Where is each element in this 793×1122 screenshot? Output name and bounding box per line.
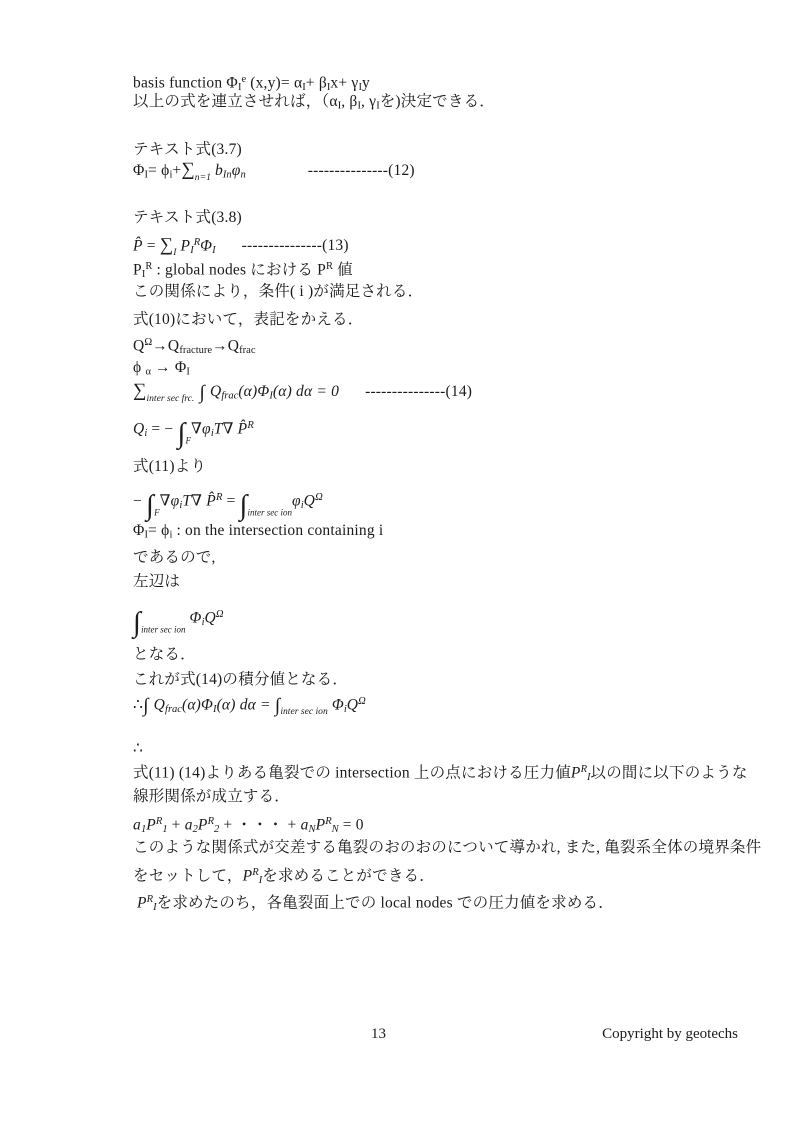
text-run: inter sec ion (141, 625, 185, 635)
text-run: →Q (212, 337, 239, 354)
text-run: P (146, 816, 156, 833)
text-run: = (148, 522, 161, 539)
text-run: ∑ (181, 159, 194, 180)
text-run: ---------------(12) (308, 162, 415, 179)
text-run: Q (205, 609, 216, 626)
line-left-side: 左辺は (133, 570, 180, 594)
text-run: P (243, 867, 253, 884)
text-run: →Q (152, 337, 179, 354)
line-from-eq11: 式(11)より (133, 455, 206, 479)
text-run: Q (210, 383, 221, 400)
text-run: = (148, 162, 161, 179)
text-run: ∫ (239, 489, 247, 521)
text-run: (α) dα = 0 (273, 383, 339, 400)
text-run: ∑ (133, 380, 146, 401)
text-run: inter sec frc. (146, 393, 194, 404)
text-run: In (223, 170, 232, 181)
text-run: N (309, 824, 316, 835)
line-relation-derived: このような関係式が交差する亀裂のおのおのについて導かれ, また, 亀裂系全体の境… (133, 836, 761, 860)
text-run: Φ (226, 74, 238, 91)
text-run: Q (154, 696, 165, 713)
text-run: ∇φ (160, 492, 180, 509)
text-run: Q (133, 420, 144, 437)
text-run: Ω (216, 609, 224, 620)
text-run: Q (133, 337, 144, 354)
text-run: = 0 (339, 816, 364, 833)
text-run: frac (221, 391, 238, 402)
text-run: frac (239, 345, 255, 356)
text-run: R (247, 420, 253, 431)
document-page: basis function ΦIe (x,y)= αI+ βIx+ γIy 以… (0, 0, 793, 1122)
text-run: (α) dα = (217, 696, 275, 713)
text-run: → Φ (151, 359, 186, 376)
text-run: frac (165, 704, 182, 715)
text-run: Φ (185, 609, 201, 626)
text-run: 式(10)において，表記をかえる． (133, 311, 363, 328)
text-run: a (185, 816, 193, 833)
text-run: P̂ (133, 237, 143, 254)
text-run: 左辺は (133, 573, 180, 590)
equation-qi: Qi = − ∫F∇φiT∇ P̂R (133, 414, 254, 453)
text-run: + (168, 816, 185, 833)
line-linear-relation-holds: 線形関係が成立する． (133, 785, 290, 809)
text-run: ϕ (133, 359, 145, 376)
text-run: テキスト式(3.7) (133, 141, 242, 158)
text-run: を)決定できる． (380, 93, 495, 110)
text-run: inter sec ion (248, 508, 292, 518)
text-run: ∴ (133, 740, 143, 757)
text-run: : global nodes における P (152, 261, 326, 278)
text-run: I (186, 367, 190, 378)
text-run: + ・・・ + (219, 816, 300, 833)
text-run: この関係により，条件( i )が満足される． (133, 283, 423, 300)
line-eq10-notation-change: 式(10)において，表記をかえる． (133, 308, 363, 332)
text-run: これが式(14)の積分値となる． (133, 671, 348, 688)
equation-therefore: ∴∫ Qfrac(α)ΦI(α) dα = ∫inter sec ion ΦiQ… (133, 690, 366, 724)
text-run: 値 (333, 261, 353, 278)
text-run: = − (147, 420, 177, 437)
text-run: Φ (133, 162, 145, 179)
text-run: + (306, 74, 319, 91)
text-run: b (211, 162, 223, 179)
line-solve-local-nodes: PRIを求めたのち，各亀裂面上での local nodes での圧力値を求める． (137, 888, 614, 920)
text-run: Ω (315, 492, 323, 503)
text-run: basis function (133, 74, 226, 91)
text-run: を求めることができる． (262, 867, 435, 884)
text-run: Q (347, 696, 358, 713)
text-run: 式(11)より (133, 458, 206, 475)
text-run: ∫ (133, 606, 141, 638)
text-run: ∫ (194, 382, 210, 403)
text-run: inter sec ion (280, 706, 327, 717)
text-run: であるので, (133, 549, 216, 566)
text-run: ∫ (146, 489, 154, 521)
text-run: y (362, 74, 370, 91)
text-run: T∇ P̂ (182, 492, 216, 509)
text-run: をセットして， (133, 867, 243, 884)
text-run: R (326, 261, 333, 272)
equation-intersection-integral: ∫inter sec ion ΦiQΩ (133, 603, 224, 642)
text-run: β (319, 74, 327, 91)
text-run: Φ (133, 522, 145, 539)
text-run: N (332, 824, 339, 835)
line-therefore-text: であるので, (133, 546, 216, 570)
text-run: となる． (133, 646, 196, 663)
text-run: P (133, 261, 142, 278)
text-run: n (240, 170, 245, 181)
text-run: ∫ (177, 417, 185, 449)
text-run: T∇ P̂ (214, 420, 248, 437)
line-determine-coefficients: 以上の式を連立させれば，（αI, βI, γIを)決定できる． (133, 90, 495, 119)
equation-14: ∑inter sec frc. ∫ Qfrac(α)ΦI(α) dα = 0--… (133, 379, 472, 411)
text-run: 式(11) (14)よりある亀裂での intersection 上の点における圧… (133, 764, 571, 781)
text-run: (α)Φ (182, 696, 213, 713)
equation-12: ΦI= ϕi+∑n=1 bInφn---------------(12) (133, 158, 415, 190)
line-condition-satisfied: この関係により，条件( i )が満足される． (133, 280, 423, 304)
text-run: このような関係式が交差する亀裂のおのおのについて導かれ, また, 亀裂系全体の境… (133, 839, 761, 856)
line-phi-on-intersection: ΦI= ϕi : on the intersection containing … (133, 519, 383, 548)
text-run: a (133, 816, 141, 833)
text-run: fracture (179, 345, 212, 356)
text-run: ---------------(13) (242, 237, 349, 254)
text-run: P (137, 894, 147, 911)
text-run: 以上の式を連立させれば，（ (133, 93, 329, 110)
page-number: 13 (371, 1026, 386, 1043)
line-tonaru: となる． (133, 643, 196, 667)
text-run: Φ (200, 237, 212, 254)
text-run: ∴ (133, 696, 143, 713)
text-run: P (176, 237, 190, 254)
text-run: Φ (328, 696, 344, 713)
text-run: ∇φ (191, 420, 211, 437)
text-run: Q (304, 492, 315, 509)
text-run: , (361, 93, 369, 110)
text-run: 以の間に以下のような (591, 764, 748, 781)
text-run: P (571, 764, 581, 781)
text-run: − (133, 492, 146, 509)
text-run: ---------------(14) (365, 383, 472, 400)
text-run: + (172, 162, 181, 179)
text-run: x+ (330, 74, 351, 91)
text-run: a (301, 816, 309, 833)
text-run: を求めたのち，各亀裂面上での local nodes での圧力値を求める． (157, 894, 614, 911)
line-integral-value-of-eq14: これが式(14)の積分値となる． (133, 668, 348, 692)
text-run: P (198, 816, 208, 833)
text-run: ∑ (160, 234, 173, 255)
text-run: n=1 (195, 172, 211, 183)
text-run: 線形関係が成立する． (133, 788, 290, 805)
text-run: (x,y)= (246, 74, 294, 91)
text-run: ∫ (143, 696, 154, 717)
text-run: (α)Φ (238, 383, 269, 400)
text-run: α (329, 93, 337, 110)
text-run: = (143, 237, 160, 254)
text-run: φ (292, 492, 301, 509)
line-text-eq-3-8-label: テキスト式(3.8) (133, 206, 242, 230)
text-run: Ω (358, 696, 366, 707)
text-run: テキスト式(3.8) (133, 209, 242, 226)
text-run: P (316, 816, 326, 833)
text-run: : on the intersection containing i (172, 522, 383, 539)
copyright-notice: Copyright by geotechs (602, 1026, 738, 1043)
text-run: = (222, 492, 239, 509)
